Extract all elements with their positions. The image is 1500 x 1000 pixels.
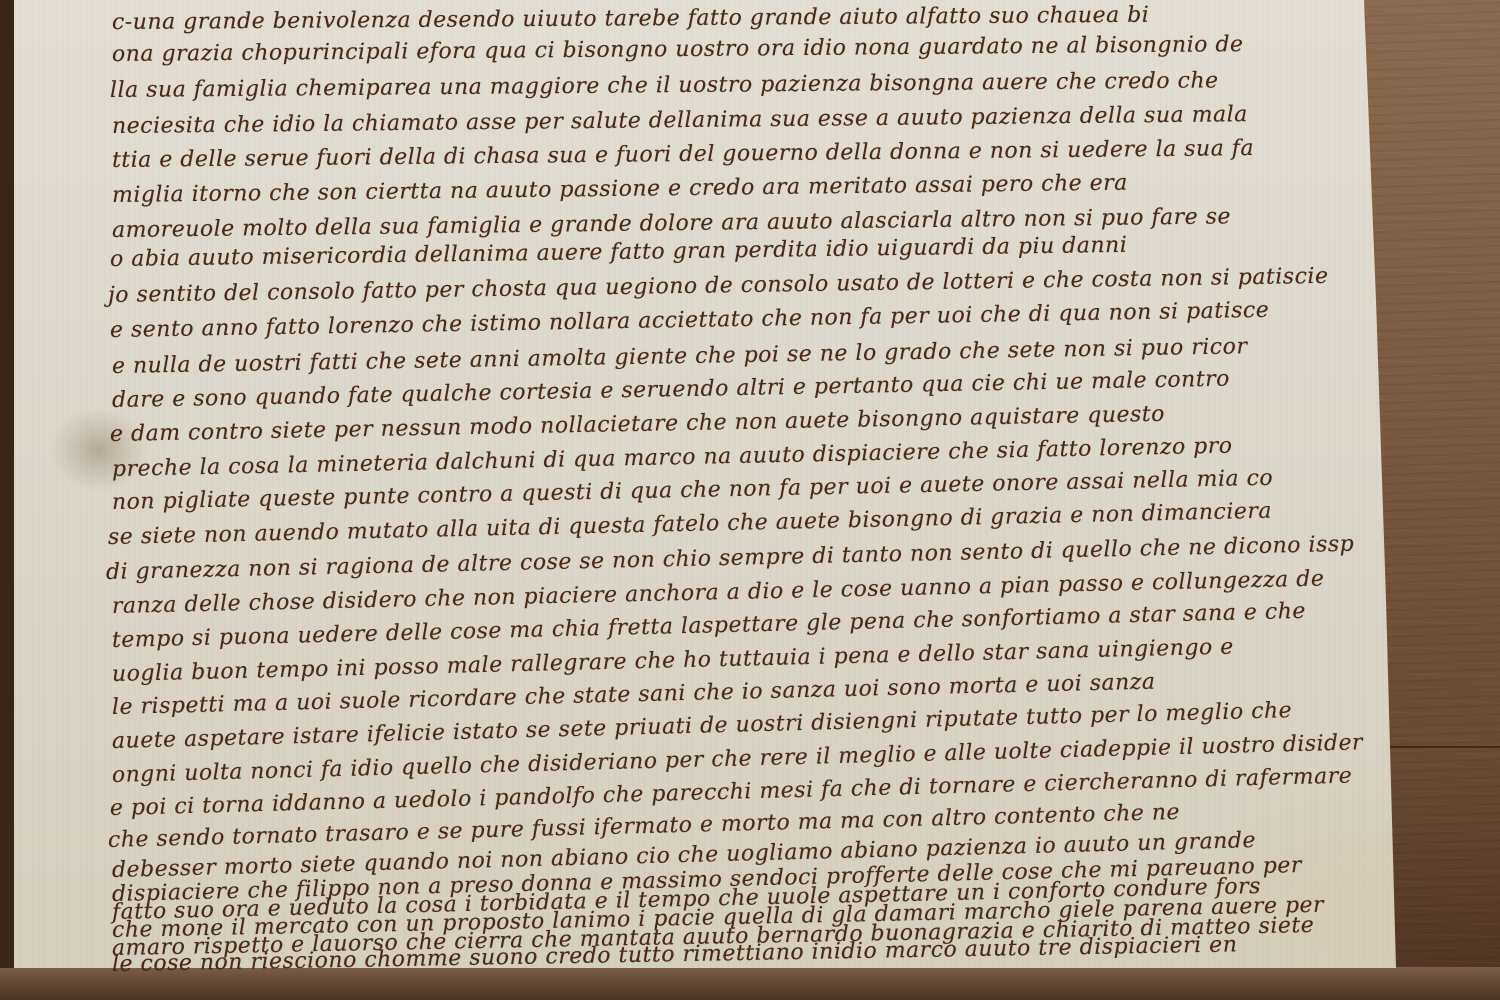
text-line: c-una grande benivolenza desendo uiuuto …	[112, 3, 1149, 35]
manuscript-text-body: c-una grande benivolenza desendo uiuuto …	[0, 0, 1500, 1000]
text-line: miglia itorno che son ciertta na auuto p…	[112, 171, 1128, 208]
text-line: ona grazia chopurincipali efora qua ci b…	[112, 32, 1244, 67]
text-line: lla sua famiglia chemiparea una maggiore…	[110, 68, 1219, 103]
text-line: neciesita che idio la chiamato asse per …	[112, 102, 1248, 139]
text-line: ttia e delle serue fuori della di chasa …	[112, 136, 1254, 173]
